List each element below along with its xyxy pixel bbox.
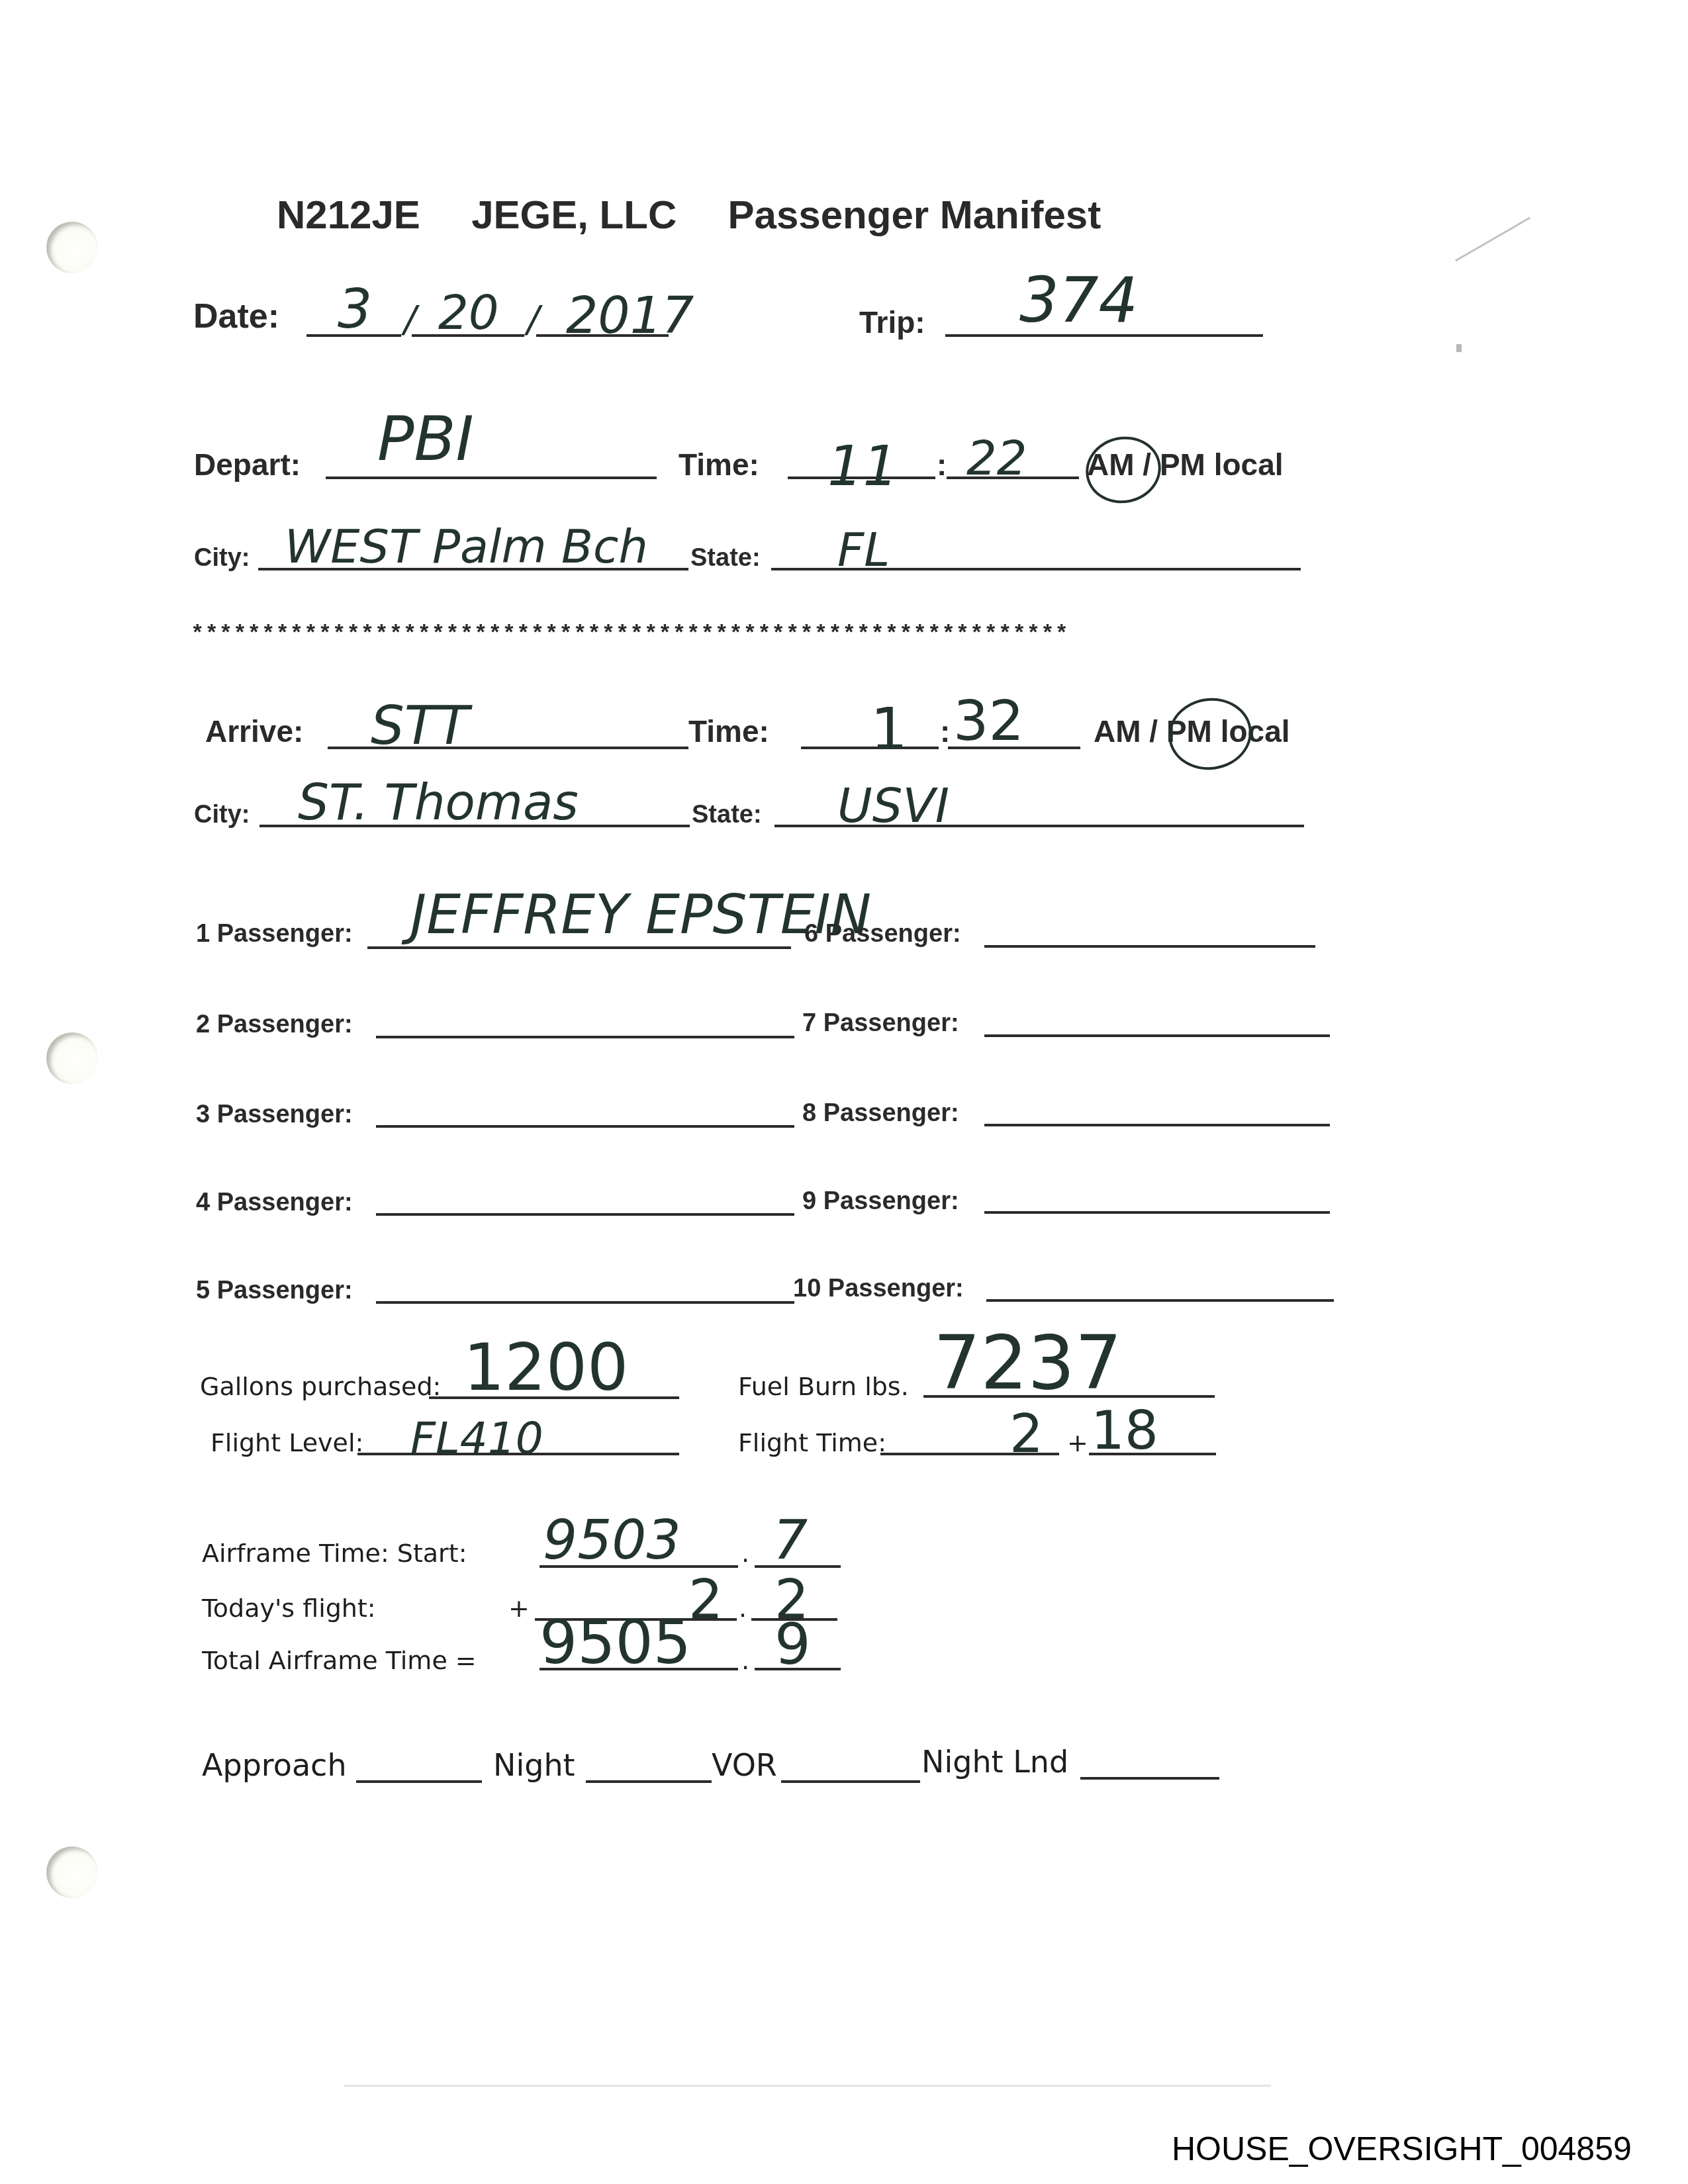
scan-mark [1455,217,1530,262]
arrive-colon: : [940,713,950,749]
date-year-field[interactable]: 2017 [566,286,694,345]
depart-time-label: Time: [679,447,759,482]
depart-am-selected-circle [1080,430,1167,510]
company-name: JEGE, LLC [471,193,677,237]
passenger-6-label: 6 Passenger: [804,920,961,948]
arrive-minute-field[interactable]: 32 [953,688,1024,753]
todays-flight-whole-field[interactable]: 2 [688,1569,723,1631]
passenger-1-field[interactable]: JEFFREY EPSTEIN [410,884,871,946]
depart-minute-field[interactable]: 22 [966,430,1027,486]
flight-time-minutes-field[interactable]: 18 [1091,1400,1158,1461]
passenger-4-label: 4 Passenger: [196,1189,353,1217]
passenger-4-line [376,1213,794,1216]
passenger-10-label: 10 Passenger: [793,1275,964,1303]
night-lnd-label: Night Lnd [921,1744,1068,1780]
date-sep-2: / [527,298,539,341]
fuel-burn-field[interactable]: 7237 [933,1320,1122,1406]
passenger-7-label: 7 Passenger: [802,1009,959,1038]
todays-flight-plus: + [508,1594,530,1623]
arrive-label: Arrive: [205,713,303,749]
hole-punch-bottom [46,1846,98,1898]
todays-flight-dot: . [739,1594,747,1623]
airframe-start-label: Airframe Time: Start: [202,1539,467,1568]
passenger-7-line [984,1034,1330,1037]
passenger-10-line [986,1299,1334,1302]
bates-number: HOUSE_OVERSIGHT_004859 [1172,2130,1632,2168]
depart-line [326,477,657,479]
arrive-ampm-slash: / [1149,714,1158,749]
total-airframe-tenth-field[interactable]: 9 [774,1612,811,1678]
arrive-field[interactable]: STT [371,695,469,756]
depart-state-field[interactable]: FL [837,523,890,577]
passenger-3-label: 3 Passenger: [196,1101,353,1129]
passenger-2-label: 2 Passenger: [196,1011,353,1039]
scan-mark [1456,344,1462,352]
flight-level-field[interactable]: FL410 [410,1413,543,1464]
depart-local-label: local [1214,447,1284,482]
passenger-1-label: 1 Passenger: [196,920,353,948]
approach-line [356,1780,482,1783]
trip-field[interactable]: 374 [1019,265,1138,337]
arrive-city-label: City: [194,801,250,829]
date-sep-1: / [404,298,416,341]
total-airframe-label: Total Airframe Time = [202,1646,477,1675]
total-airframe-whole-field[interactable]: 9505 [539,1608,691,1678]
night-lnd-line [1080,1777,1219,1780]
passenger-2-line [376,1036,794,1038]
date-day-field[interactable]: 20 [438,285,499,340]
date-label: Date: [193,296,279,336]
arrive-pm-selected-circle [1164,693,1256,775]
depart-state-label: State: [690,544,761,572]
night-label: Night [493,1747,575,1783]
passenger-5-line [376,1301,794,1304]
flight-level-label: Flight Level: [211,1428,363,1457]
depart-city-label: City: [194,544,250,572]
arrive-time-label: Time: [688,713,769,749]
todays-flight-label: Today's flight: [202,1594,376,1623]
passenger-1-line [367,946,791,949]
arrive-state-label: State: [692,801,762,829]
passenger-9-line [984,1211,1330,1214]
arrive-city-field[interactable]: ST. Thomas [298,774,579,831]
date-month-field[interactable]: 3 [338,278,372,341]
section-separator: ****************************************… [191,622,1069,647]
passenger-6-line [984,945,1315,948]
manifest-title: Passenger Manifest [728,193,1102,237]
passenger-8-line [984,1124,1330,1126]
airframe-start-tenth-field[interactable]: 7 [773,1509,808,1572]
passenger-9-label: 9 Passenger: [802,1187,959,1216]
airframe-start-whole-field[interactable]: 9503 [543,1509,681,1572]
depart-city-field[interactable]: WEST Palm Bch [285,520,648,574]
depart-colon: : [937,447,947,482]
flight-time-hours-field[interactable]: 2 [1009,1403,1043,1465]
total-airframe-dot: . [741,1646,749,1675]
passenger-5-label: 5 Passenger: [196,1277,353,1305]
flight-time-plus: + [1067,1428,1088,1457]
night-line [586,1780,712,1783]
depart-label: Depart: [194,447,301,482]
depart-pm-option[interactable]: PM [1160,447,1205,482]
fuel-burn-label: Fuel Burn lbs. [738,1372,909,1401]
hole-punch-middle [46,1032,98,1084]
arrive-state-field[interactable]: USVI [837,778,949,833]
flight-time-label: Flight Time: [738,1428,886,1457]
tail-number: N212JE [277,193,420,237]
depart-hour-field[interactable]: 11 [827,433,898,498]
vor-label: VOR [712,1747,777,1783]
airframe-start-dot: . [741,1539,749,1568]
trip-label: Trip: [859,304,925,340]
scan-artifact-band [344,2085,1271,2087]
gallons-label: Gallons purchased: [200,1372,441,1401]
passenger-3-line [376,1125,794,1128]
arrive-hour-line [801,747,939,749]
approach-label: Approach [202,1747,347,1783]
document-title: N212JE JEGE, LLC Passenger Manifest [277,192,1101,238]
arrive-hour-field[interactable]: 1 [870,695,908,763]
passenger-8-label: 8 Passenger: [802,1099,959,1128]
vor-line [781,1780,920,1783]
arrive-am-option[interactable]: AM [1094,714,1141,749]
gallons-field[interactable]: 1200 [463,1330,628,1406]
depart-field[interactable]: PBI [377,404,474,475]
hole-punch-top [46,222,98,273]
